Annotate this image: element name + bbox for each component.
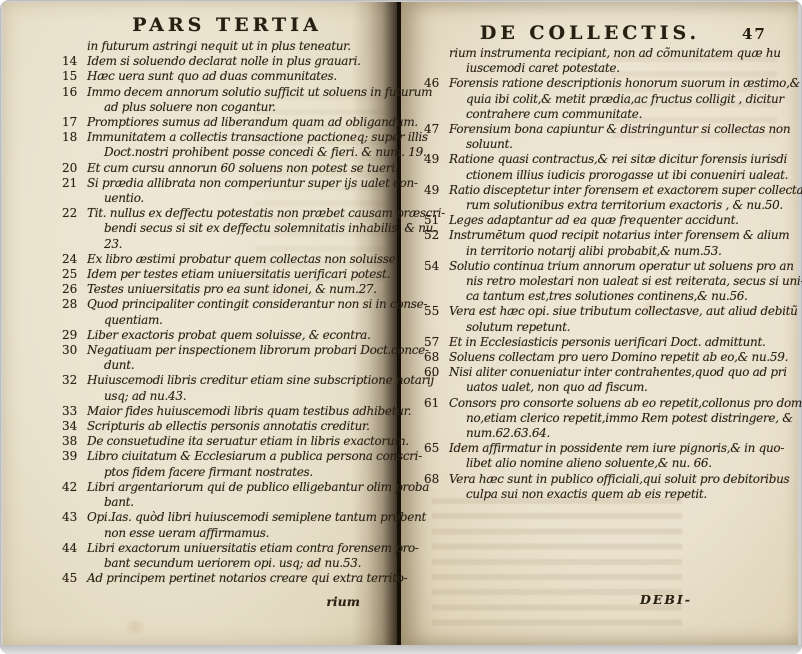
index-line-text: iuscemodi caret potestate. xyxy=(466,61,620,76)
index-line-text: Leges adaptantur ad ea quæ frequenter ac… xyxy=(449,213,739,228)
index-line-number: 39 xyxy=(62,449,87,464)
index-line-text: Forensis ratione descriptionis honorum s… xyxy=(449,76,800,91)
index-line: 47Forensium bona capiuntur & distringunt… xyxy=(424,122,780,137)
index-line: 52Instrumētum quod recipit notarius inte… xyxy=(424,228,780,243)
index-line: 32Huiuscemodi libris creditur etiam sine… xyxy=(62,373,392,388)
index-line-text: Libro ciuitatum & Ecclesiarum a publica … xyxy=(87,449,422,464)
index-line-number xyxy=(79,526,104,541)
index-line: ad plus soluere non cogantur. xyxy=(62,100,392,115)
index-line: iuscemodi caret potestate. xyxy=(424,61,780,76)
index-line-number: 14 xyxy=(62,54,87,69)
index-line-text: soluunt. xyxy=(466,137,513,152)
index-line-text: libet alio nomine alieno soluente,& nu. … xyxy=(466,456,712,471)
index-line: ctionem illius iudicis prorogasse ut ibi… xyxy=(424,168,780,183)
index-line: 45Ad principem pertinet notarios creare … xyxy=(62,571,392,586)
index-line-text: Huiuscemodi libris creditur etiam sine s… xyxy=(87,373,434,388)
index-line-number xyxy=(79,100,104,115)
index-line: bant secundum ueriorem opi. usq; ad nu.5… xyxy=(62,556,392,571)
index-line-number: 17 xyxy=(62,115,87,130)
index-line-text: Ratio disceptetur inter forensem et exac… xyxy=(449,183,802,198)
index-line-text: Instrumētum quod recipit notarius inter … xyxy=(449,228,789,243)
index-line-text: ptos fidem facere firmant nostrates. xyxy=(104,465,313,480)
index-line: usq; ad nu.43. xyxy=(62,389,392,404)
index-line: in territorio notarij alibi probabit,& n… xyxy=(424,244,780,259)
index-line-number: 43 xyxy=(62,510,87,525)
index-line: culpa sui non exactis quem ab eis repeti… xyxy=(424,487,780,502)
index-line: 21Si prædia allibrata non comperiuntur s… xyxy=(62,176,392,191)
index-line-text: num.62.63.64. xyxy=(466,426,550,441)
index-line-text: Idem per testes etiam uniuersitatis ueri… xyxy=(87,267,390,282)
index-line: 26Testes uniuersitatis pro ea sunt idone… xyxy=(62,282,392,297)
index-line-number xyxy=(441,107,466,122)
index-line: 49Ratio disceptetur inter forensem et ex… xyxy=(424,183,780,198)
index-line-number: 46 xyxy=(424,76,449,91)
right-page-catchword: DEBI- xyxy=(640,592,750,607)
index-line: 25Idem per testes etiam uniuersitatis ue… xyxy=(62,267,392,282)
index-line: solutum repetunt. xyxy=(424,320,780,335)
index-line-number: 25 xyxy=(62,267,87,282)
index-line-text: Forensium bona capiuntur & distringuntur… xyxy=(449,122,790,137)
index-line-text: quia ibi colit,& metit prædia,ac fructus… xyxy=(466,92,784,107)
index-line-text: Negatiuam per inspectionem librorum prob… xyxy=(87,343,429,358)
index-line: uatos ualet, non quo ad fiscum. xyxy=(424,380,780,395)
index-line-text: Libri exactorum uniuersitatis etiam cont… xyxy=(87,541,419,556)
index-line-text: 23. xyxy=(104,237,122,252)
index-line: 28Quod principaliter contingit considera… xyxy=(62,297,392,312)
index-line-text: bant. xyxy=(104,495,134,510)
index-line-text: Ex libro æstimi probatur quem collectas … xyxy=(87,252,399,267)
index-line-text: Immunitatem a collectis transactione pac… xyxy=(87,130,428,145)
index-line-text: rum solutionibus extra territorium exact… xyxy=(466,198,783,213)
index-line: 14Idem si soluendo declarat nolle in plu… xyxy=(62,54,392,69)
index-line-number xyxy=(441,289,466,304)
index-line-number xyxy=(441,137,466,152)
index-line: 24Ex libro æstimi probatur quem collecta… xyxy=(62,252,392,267)
index-line-number: 45 xyxy=(62,571,87,586)
index-line-text: quentiam. xyxy=(104,313,163,328)
index-line: nis retro molestari non ualeat si est re… xyxy=(424,274,780,289)
index-line-number: 49 xyxy=(424,152,449,167)
index-line-number: 18 xyxy=(62,130,87,145)
index-line-text: Liber exactoris probat quem soluisse, & … xyxy=(87,328,371,343)
index-line-number: 60 xyxy=(424,365,449,380)
index-line-text: Libri argentariorum qui de publico ellig… xyxy=(87,480,429,495)
index-line-number xyxy=(424,46,449,61)
index-line-number: 26 xyxy=(62,282,87,297)
index-line-number: 65 xyxy=(424,441,449,456)
index-line: 44Libri exactorum uniuersitatis etiam co… xyxy=(62,541,392,556)
index-line-text: ca tantum est,tres solutiones continens,… xyxy=(466,289,748,304)
index-line-number: 16 xyxy=(62,85,87,100)
index-line: 54Solutio continua trium annorum operatu… xyxy=(424,259,780,274)
index-line-number: 38 xyxy=(62,434,87,449)
index-line: 33Maior fides huiuscemodi libris quam te… xyxy=(62,404,392,419)
index-line: 57Et in Ecclesiasticis personis uerifica… xyxy=(424,335,780,350)
right-page-running-title: DE COLLECTIS. xyxy=(440,22,740,44)
index-line-number xyxy=(441,244,466,259)
index-line-text: uatos ualet, non quo ad fiscum. xyxy=(466,380,648,395)
index-line-text: Et cum cursu annorun 60 soluens non pote… xyxy=(87,161,398,176)
index-line-text: Immo decem annorum solutio sufficit ut s… xyxy=(87,85,432,100)
left-page-index-list: in futurum astringi nequit ut in plus te… xyxy=(62,39,392,586)
index-line-number: 20 xyxy=(62,161,87,176)
index-line-number xyxy=(79,389,104,404)
index-line-number: 30 xyxy=(62,343,87,358)
index-line-text: non esse ueram affirmamus. xyxy=(104,526,269,541)
index-line: quia ibi colit,& metit prædia,ac fructus… xyxy=(424,92,780,107)
index-line-number xyxy=(441,198,466,213)
index-line-text: uentio. xyxy=(104,191,144,206)
index-line: non esse ueram affirmamus. xyxy=(62,526,392,541)
index-line-text: Maior fides huiuscemodi libris quam test… xyxy=(87,404,411,419)
index-line-number: 29 xyxy=(62,328,87,343)
index-line: 18Immunitatem a collectis transactione p… xyxy=(62,130,392,145)
index-line-number xyxy=(441,426,466,441)
index-line: 16Immo decem annorum solutio sufficit ut… xyxy=(62,85,392,100)
index-line: 55Vera est hæc opi. siue tributum collec… xyxy=(424,304,780,319)
index-line-text: contrahere cum communitate. xyxy=(466,107,642,122)
index-line-text: rium instrumenta recipiant, non ad cõmun… xyxy=(449,46,781,61)
index-line-number: 61 xyxy=(424,396,449,411)
index-line-number xyxy=(79,191,104,206)
index-line-number: 33 xyxy=(62,404,87,419)
index-line: ptos fidem facere firmant nostrates. xyxy=(62,465,392,480)
index-line-text: dunt. xyxy=(104,358,134,373)
index-line-number xyxy=(441,380,466,395)
index-line: 39Libro ciuitatum & Ecclesiarum a public… xyxy=(62,449,392,464)
index-line-text: Vera est hæc opi. siue tributum collecta… xyxy=(449,304,798,319)
index-line-text: Scripturis ab ellectis personis annotati… xyxy=(87,419,370,434)
index-line: num.62.63.64. xyxy=(424,426,780,441)
index-line-text: Testes uniuersitatis pro ea sunt idonei,… xyxy=(87,282,377,297)
index-line: rium instrumenta recipiant, non ad cõmun… xyxy=(424,46,780,61)
index-line-text: usq; ad nu.43. xyxy=(104,389,186,404)
index-line: 22Tit. nullus ex deffectu potestatis non… xyxy=(62,206,392,221)
index-line-number xyxy=(441,411,466,426)
left-page-running-title: PARS TERTIA xyxy=(62,14,392,36)
index-line: quentiam. xyxy=(62,313,392,328)
index-line: rum solutionibus extra territorium exact… xyxy=(424,198,780,213)
index-line-number xyxy=(441,168,466,183)
index-line-text: Solutio continua trium annorum operatur … xyxy=(449,259,794,274)
index-line-number xyxy=(79,313,104,328)
index-line-text: Tit. nullus ex deffectu potestatis non p… xyxy=(87,206,445,221)
index-line: Doct.nostri prohibent posse concedi & fi… xyxy=(62,145,392,160)
index-line: in futurum astringi nequit ut in plus te… xyxy=(62,39,392,54)
index-line-number xyxy=(79,237,104,252)
index-line-number xyxy=(441,61,466,76)
index-line: 42Libri argentariorum qui de publico ell… xyxy=(62,480,392,495)
index-line: 68Soluens collectam pro uero Domino repe… xyxy=(424,350,780,365)
index-line-number: 24 xyxy=(62,252,87,267)
index-line-number xyxy=(79,495,104,510)
index-line: 51Leges adaptantur ad ea quæ frequenter … xyxy=(424,213,780,228)
index-line-number xyxy=(441,320,466,335)
index-line-number: 47 xyxy=(424,122,449,137)
index-line: 49Ratione quasi contractus,& rei sitæ di… xyxy=(424,152,780,167)
index-line-number: 15 xyxy=(62,69,87,84)
index-line-number: 54 xyxy=(424,259,449,274)
index-line-text: Idem affirmatur in possidente rem iure p… xyxy=(449,441,784,456)
index-line-text: Ratione quasi contractus,& rei sitæ dici… xyxy=(449,152,787,167)
scan-frame-edge xyxy=(0,645,802,654)
index-line: 17Promptiores sumus ad liberandum quam a… xyxy=(62,115,392,130)
index-line-text: De consuetudine ita seruatur etiam in li… xyxy=(87,434,409,449)
index-line-number: 68 xyxy=(424,350,449,365)
index-line: 46Forensis ratione descriptionis honorum… xyxy=(424,76,780,91)
index-line-number xyxy=(441,487,466,502)
index-line-number: 51 xyxy=(424,213,449,228)
index-line-text: Opi.Ias. quòd libri huiuscemodi semiplen… xyxy=(87,510,426,525)
index-line-number: 57 xyxy=(424,335,449,350)
index-line-text: nis retro molestari non ualeat si est re… xyxy=(466,274,802,289)
index-line-text: bendi secus si sit ex deffectu solemnita… xyxy=(104,221,437,236)
index-line: bendi secus si sit ex deffectu solemnita… xyxy=(62,221,392,236)
index-line: libet alio nomine alieno soluente,& nu. … xyxy=(424,456,780,471)
index-line-number xyxy=(79,465,104,480)
index-line-number xyxy=(441,456,466,471)
index-line-text: solutum repetunt. xyxy=(466,320,570,335)
index-line: dunt. xyxy=(62,358,392,373)
index-line-text: Si prædia allibrata non comperiuntur sup… xyxy=(87,176,418,191)
index-line: 34Scripturis ab ellectis personis annota… xyxy=(62,419,392,434)
index-line-number: 21 xyxy=(62,176,87,191)
index-line-number xyxy=(79,221,104,236)
index-line-number: 55 xyxy=(424,304,449,319)
index-line: 20Et cum cursu annorun 60 soluens non po… xyxy=(62,161,392,176)
index-line-text: Quod principaliter contingit considerant… xyxy=(87,297,427,312)
index-line-text: Idem si soluendo declarat nolle in plus … xyxy=(87,54,361,69)
index-line-number: 28 xyxy=(62,297,87,312)
index-line-number: 68 xyxy=(424,472,449,487)
index-line: ca tantum est,tres solutiones continens,… xyxy=(424,289,780,304)
index-line-text: bant secundum ueriorem opi. usq; ad nu.5… xyxy=(104,556,361,571)
index-line: 23. xyxy=(62,237,392,252)
index-line-text: Soluens collectam pro uero Domino repeti… xyxy=(449,350,788,365)
index-line-text: ctionem illius iudicis prorogasse ut ibi… xyxy=(466,168,788,183)
index-line-number xyxy=(79,145,104,160)
index-line: soluunt. xyxy=(424,137,780,152)
index-line-number: 52 xyxy=(424,228,449,243)
index-line: 61Consors pro consorte soluens ab eo rep… xyxy=(424,396,780,411)
index-line: no,etiam clerico repetit,immo Rem potest… xyxy=(424,411,780,426)
index-line-text: culpa sui non exactis quem ab eis repeti… xyxy=(466,487,707,502)
index-line-text: Vera hæc sunt in publico officiali,qui s… xyxy=(449,472,789,487)
index-line: 15Hæc uera sunt quo ad duas communitates… xyxy=(62,69,392,84)
index-line-number: 42 xyxy=(62,480,87,495)
index-line: uentio. xyxy=(62,191,392,206)
index-line-number xyxy=(441,274,466,289)
book-scan: PARS TERTIA DE COLLECTIS. 47 in futurum … xyxy=(0,0,802,654)
index-line: 60Nisi aliter conueniatur inter contrahe… xyxy=(424,365,780,380)
index-line-number: 22 xyxy=(62,206,87,221)
index-line-text: Et in Ecclesiasticis personis uerificari… xyxy=(449,335,766,350)
index-line-number: 32 xyxy=(62,373,87,388)
index-line: 38De consuetudine ita seruatur etiam in … xyxy=(62,434,392,449)
index-line-number xyxy=(79,556,104,571)
index-line: contrahere cum communitate. xyxy=(424,107,780,122)
index-line-number xyxy=(79,358,104,373)
index-line: bant. xyxy=(62,495,392,510)
index-line-text: Doct.nostri prohibent posse concedi & fi… xyxy=(104,145,426,160)
index-line-text: no,etiam clerico repetit,immo Rem potest… xyxy=(466,411,793,426)
index-line: 68Vera hæc sunt in publico officiali,qui… xyxy=(424,472,780,487)
left-page-catchword: rium xyxy=(62,594,360,609)
right-page-index-list: rium instrumenta recipiant, non ad cõmun… xyxy=(424,46,780,502)
index-line: 29Liber exactoris probat quem soluisse, … xyxy=(62,328,392,343)
index-line-text: in territorio notarij alibi probabit,& n… xyxy=(466,244,722,259)
index-line-text: Nisi aliter conueniatur inter contrahent… xyxy=(449,365,787,380)
index-line-number: 44 xyxy=(62,541,87,556)
index-line-text: in futurum astringi nequit ut in plus te… xyxy=(87,39,351,54)
index-line: 65Idem affirmatur in possidente rem iure… xyxy=(424,441,780,456)
index-line: 30Negatiuam per inspectionem librorum pr… xyxy=(62,343,392,358)
index-line-text: Consors pro consorte soluens ab eo repet… xyxy=(449,396,802,411)
index-line-text: ad plus soluere non cogantur. xyxy=(104,100,276,115)
page-number: 47 xyxy=(742,25,767,43)
index-line-number: 49 xyxy=(424,183,449,198)
index-line-number xyxy=(62,39,87,54)
index-line-number: 34 xyxy=(62,419,87,434)
index-line-number xyxy=(441,92,466,107)
index-line: 43Opi.Ias. quòd libri huiuscemodi semipl… xyxy=(62,510,392,525)
index-line-text: Promptiores sumus ad liberandum quam ad … xyxy=(87,115,418,130)
index-line-text: Hæc uera sunt quo ad duas communitates. xyxy=(87,69,337,84)
index-line-text: Ad principem pertinet notarios creare qu… xyxy=(87,571,407,586)
